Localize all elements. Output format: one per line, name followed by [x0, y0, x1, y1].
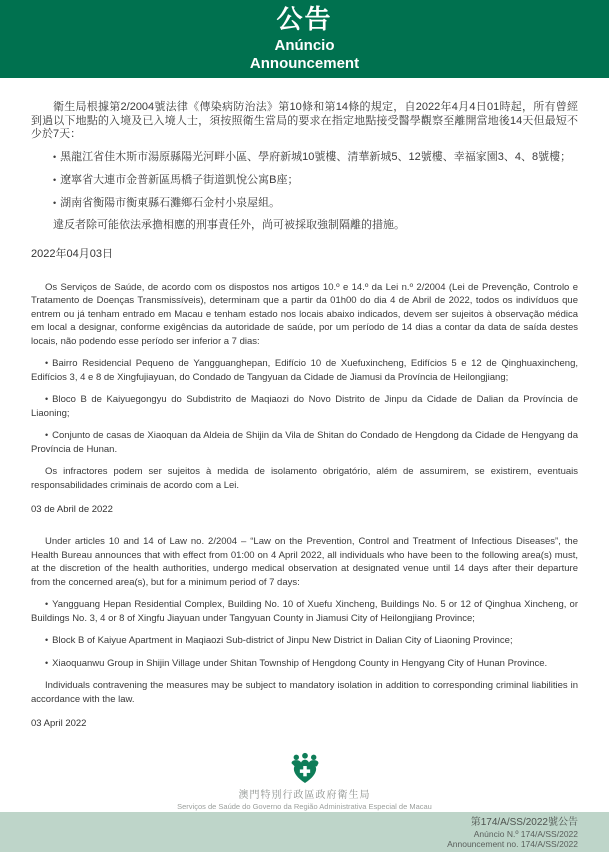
reference-number-english: Announcement no. 174/A/SS/2022	[0, 839, 578, 849]
english-bullet-3-text: Xiaoquanwu Group in Shijin Village under…	[52, 658, 547, 669]
org-name-portuguese: Serviços de Saúde do Governo da Região A…	[177, 802, 432, 811]
portuguese-bullet-3-text: Conjunto de casas de Xiaoquan da Aldeia …	[31, 430, 578, 455]
document-body: 衛生局根據第2/2004號法律《傳染病防治法》第10條和第14條的規定，自202…	[0, 101, 609, 729]
english-bullet-1-text: Yangguang Hepan Residential Complex, Bui…	[31, 599, 578, 624]
english-bullet-2: •Block B of Kaiyue Apartment in Maqiaozi…	[31, 634, 578, 648]
bullet-icon: •	[53, 198, 56, 208]
announcement-page: { "bullet": "•", "header": { "title_zh":…	[0, 0, 609, 852]
bullet-icon: •	[45, 635, 48, 645]
english-bullet-2-text: Block B of Kaiyue Apartment in Maqiaozi …	[52, 635, 512, 646]
portuguese-bullet-1-text: Bairro Residencial Pequeno de Yangguangh…	[31, 358, 578, 383]
title-portuguese: Anúncio	[275, 37, 335, 54]
chinese-date: 2022年04月03日	[31, 245, 578, 261]
bullet-icon: •	[45, 394, 48, 404]
title-chinese: 公告	[276, 5, 332, 35]
bullet-icon: •	[53, 152, 56, 162]
chinese-bullet-2-text: 遼寧省大連市金普新區馬橋子街道凱悅公寓B座；	[60, 174, 298, 186]
chinese-bullet-1: •黑龍江省佳木斯市湯原縣陽光河畔小區、學府新城10號樓、清華新城5、12號樓、幸…	[31, 151, 578, 165]
reference-footer-bar: 第174/A/SS/2022號公告 Anúncio N.º 174/A/SS/2…	[0, 812, 609, 852]
portuguese-bullet-3: •Conjunto de casas de Xiaoquan da Aldeia…	[31, 429, 578, 456]
bullet-icon: •	[45, 430, 48, 440]
health-bureau-logo-icon	[286, 752, 324, 784]
portuguese-bullet-2: •Bloco B de Kaiyuegongyu do Subdistrito …	[31, 393, 578, 420]
bullet-icon: •	[45, 599, 48, 609]
english-bullet-1: •Yangguang Hepan Residential Complex, Bu…	[31, 598, 578, 625]
bullet-icon: •	[45, 658, 48, 668]
announcement-header-banner: 公告 Anúncio Announcement	[0, 0, 609, 78]
chinese-bullet-2: •遼寧省大連市金普新區馬橋子街道凱悅公寓B座；	[31, 174, 578, 188]
reference-number-chinese: 第174/A/SS/2022號公告	[0, 816, 578, 829]
title-english: Announcement	[250, 55, 359, 72]
chinese-penalty-paragraph: 違反者除可能依法承擔相應的刑事責任外，尚可被採取強制隔離的措施。	[31, 219, 578, 233]
org-name-chinese: 澳門特別行政區政府衛生局	[239, 786, 371, 801]
english-date: 03 April 2022	[31, 718, 578, 729]
portuguese-date: 03 de Abril de 2022	[31, 504, 578, 515]
bullet-icon: •	[53, 175, 56, 185]
chinese-bullet-1-text: 黑龍江省佳木斯市湯原縣陽光河畔小區、學府新城10號樓、清華新城5、12號樓、幸福…	[60, 151, 571, 163]
english-intro-paragraph: Under articles 10 and 14 of Law no. 2/20…	[31, 535, 578, 589]
bullet-icon: •	[45, 358, 48, 368]
health-bureau-signature: 澳門特別行政區政府衛生局 Serviços de Saúde do Govern…	[0, 752, 609, 811]
english-penalty-paragraph: Individuals contravening the measures ma…	[31, 679, 578, 706]
chinese-bullet-3-text: 湖南省衡陽市衡東縣石灘鄉石金村小泉屋組。	[60, 197, 280, 209]
chinese-bullet-3: •湖南省衡陽市衡東縣石灘鄉石金村小泉屋組。	[31, 197, 578, 211]
portuguese-penalty-paragraph: Os infractores podem ser sujeitos à medi…	[31, 465, 578, 492]
portuguese-bullet-2-text: Bloco B de Kaiyuegongyu do Subdistrito d…	[31, 394, 578, 419]
portuguese-bullet-1: •Bairro Residencial Pequeno de Yangguang…	[31, 357, 578, 384]
reference-number-portuguese: Anúncio N.º 174/A/SS/2022	[0, 829, 578, 839]
english-bullet-3: •Xiaoquanwu Group in Shijin Village unde…	[31, 657, 578, 671]
portuguese-intro-paragraph: Os Serviços de Saúde, de acordo com os d…	[31, 281, 578, 349]
chinese-intro-paragraph: 衛生局根據第2/2004號法律《傳染病防治法》第10條和第14條的規定，自202…	[31, 101, 578, 142]
